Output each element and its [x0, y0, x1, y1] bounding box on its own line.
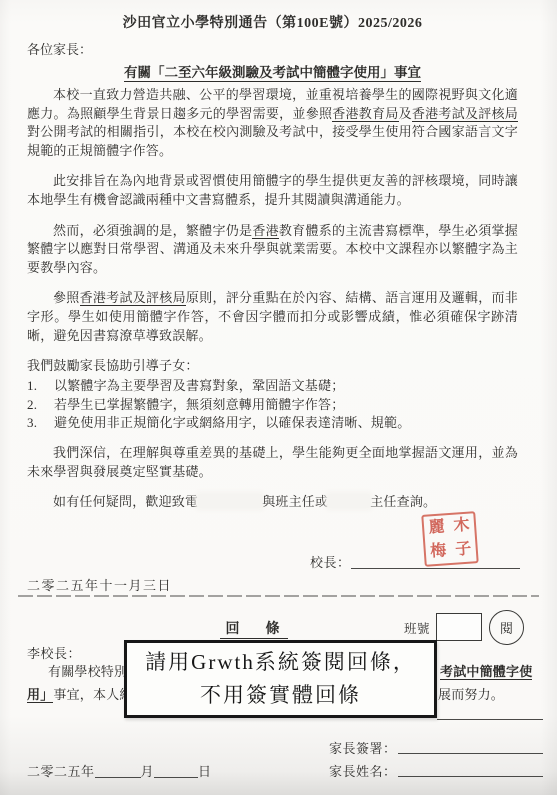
- underlined-edb: 香港教育局: [332, 106, 398, 122]
- guidance-list: 1.以繁體字為主要學習及書寫對象，鞏固語文基礎； 2.若學生已掌握繁體字，無須刻…: [27, 377, 518, 433]
- paragraph-1: 本校一直致力營造共融、公平的學習環境，並重視培養學生的國際視野與文化適應力。為照…: [27, 86, 518, 160]
- subject-text: 有關「二至六年級測驗及考試中簡體字使用」事宜: [124, 65, 421, 82]
- underlined-hongkong: 香港: [252, 223, 279, 239]
- reply-text-line2-right: 展而努力。: [438, 684, 504, 703]
- contact-paragraph: 如有任何疑問，歡迎致電與班主任或主任查詢。: [27, 493, 518, 512]
- reply-text-line1-left: 有關學校特別: [48, 661, 127, 680]
- paragraph-4: 參照香港考試及評核局原則，評分重點在於內容、結構、語言運用及邏輯，而非字形。學生…: [27, 289, 518, 345]
- parent-signature-line: [398, 753, 543, 754]
- parent-name-label: 家長姓名：: [329, 761, 397, 780]
- read-stamp-circle: 閱: [489, 610, 524, 645]
- letter-body: 沙田官立小學特別通告（第100E號）2025/2026 各位家長： 有關「二至六…: [27, 12, 518, 512]
- reply-text-line2-left: 用」事宜，本人經: [27, 684, 133, 703]
- closing-paragraph: 我們深信，在理解與尊重差異的基礎上，學生能夠更全面地掌握語文運用，並為未來學習與…: [27, 444, 518, 481]
- underlined-hkeaa: 香港考試及評核局: [412, 106, 518, 122]
- reply-salutation: 李校長：: [27, 643, 81, 662]
- reply-fill-in-line: [437, 719, 543, 720]
- salutation: 各位家長：: [27, 39, 518, 58]
- reply-slip-heading: 回 條: [0, 618, 507, 638]
- underlined-hkeaa-2: 香港考試及評核局: [80, 290, 186, 306]
- guidance-item-1: 1.以繁體字為主要學習及書寫對象，鞏固語文基礎；: [27, 377, 518, 396]
- paragraph-3: 然而，必須強調的是，繁體字仍是香港教育體系的主流書寫標準，學生必須掌握繁體字以應…: [27, 222, 518, 278]
- cut-line-divider: [18, 595, 539, 597]
- grwth-instruction-line2: 不用簽實體回條: [200, 679, 361, 712]
- principal-seal: 麗木梅子: [421, 511, 478, 567]
- letter-date: 二零二五年十一月三日: [27, 575, 172, 594]
- grwth-instruction-box: 請用Grwth系統簽閱回條， 不用簽實體回條: [124, 640, 437, 718]
- class-number-box: [436, 613, 482, 641]
- redacted-phone: [198, 494, 262, 508]
- subject-line: 有關「二至六年級測驗及考試中簡體字使用」事宜: [27, 61, 518, 81]
- principal-label: 校長：: [310, 552, 351, 571]
- guidance-intro: 我們鼓勵家長協助引導子女：: [27, 357, 518, 376]
- paragraph-2: 此安排旨在為內地背景或習慣使用簡體字的學生提供更友善的評核環境，同時讓本地學生有…: [27, 172, 518, 209]
- class-number-label: 班號: [404, 619, 430, 637]
- redacted-name: [328, 494, 370, 508]
- scanned-notice-page: 沙田官立小學特別通告（第100E號）2025/2026 各位家長： 有關「二至六…: [0, 0, 557, 795]
- principal-signature-line: [351, 568, 520, 569]
- reply-date-month-blank: [95, 763, 141, 778]
- guidance-item-3: 3.避免使用非正規簡化字或網絡用字，以確保表達清晰、規範。: [27, 414, 518, 433]
- reply-text-line1-right: 考試中簡體字使: [440, 661, 532, 680]
- reply-date-line: 二零二五年月日: [27, 761, 212, 780]
- reply-date-day-blank: [154, 763, 198, 778]
- grwth-instruction-line1: 請用Grwth系統簽閱回條，: [145, 646, 416, 679]
- parent-name-line: [398, 776, 543, 777]
- guidance-item-2: 2.若學生已掌握繁體字，無須刻意轉用簡體字作答；: [27, 396, 518, 415]
- notice-title: 沙田官立小學特別通告（第100E號）2025/2026: [27, 12, 518, 32]
- parent-signature-label: 家長簽署：: [329, 738, 397, 757]
